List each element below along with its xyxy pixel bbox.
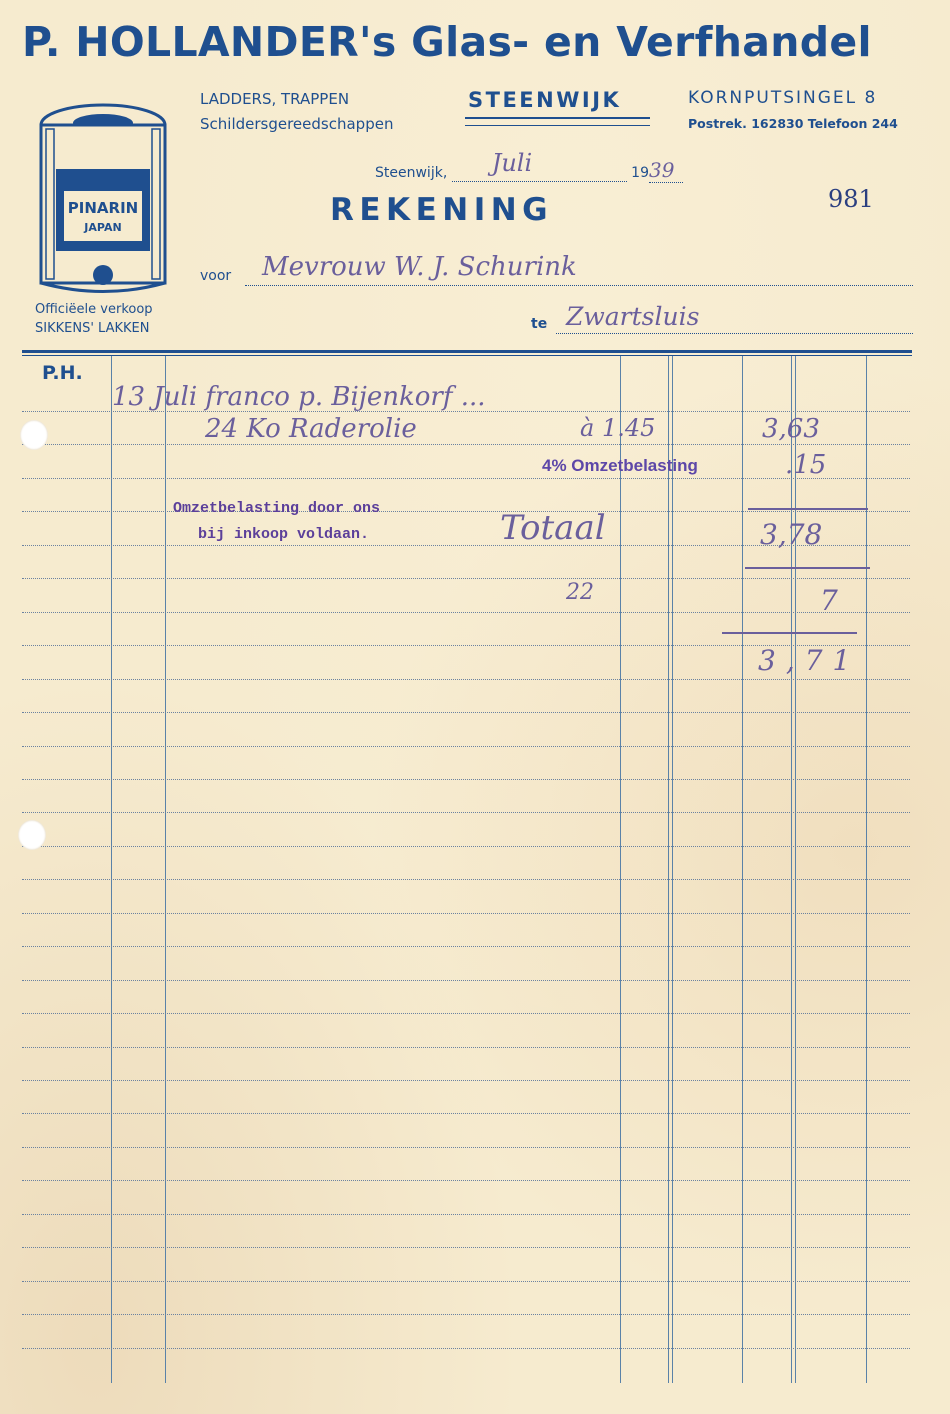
ledger-row-line	[22, 1348, 910, 1349]
ledger-row-line	[22, 1214, 910, 1215]
line-item-2-desc: 24 Ko Raderolie	[205, 414, 417, 444]
year-prefix: 19	[631, 165, 649, 181]
tax-amount: .15	[785, 450, 826, 480]
ledger-row-line	[22, 478, 910, 479]
punch-hole-bottom	[18, 820, 46, 850]
vat-paid-stamp-line1: Omzetbelasting door ons	[173, 500, 380, 517]
ledger-row-line	[22, 511, 910, 512]
recipient-field	[245, 285, 913, 286]
punch-hole-top	[20, 420, 48, 450]
column-line-rate-double-b	[672, 356, 673, 1383]
tagline-tools: Schildersgereedschappen	[200, 115, 393, 133]
dateline: Steenwijk, Juli 1939	[375, 158, 683, 183]
ledger-row-line	[22, 1180, 910, 1181]
discount-amount: 7	[820, 584, 838, 617]
ledger-row-line	[22, 1314, 910, 1315]
can-label-pinarin: PINARIN	[68, 199, 138, 217]
city-name: STEENWIJK	[468, 88, 621, 112]
header-rule-thin	[22, 355, 912, 356]
total-label: Totaal	[500, 508, 606, 548]
paint-can-icon: PINARIN JAPAN	[28, 95, 178, 295]
sum-line-2	[745, 567, 870, 569]
column-line-date	[111, 356, 112, 1383]
ledger-row-line	[22, 746, 910, 747]
line-item-2-amount: 3,63	[762, 414, 820, 444]
initials-label: P.H.	[42, 362, 83, 384]
vat-paid-stamp-line2: bij inkoop voldaan.	[198, 526, 369, 543]
contact-info: Postrek. 162830 Telefoon 244	[688, 116, 898, 131]
tagline-ladders: LADDERS, TRAPPEN	[200, 90, 349, 108]
ledger-row-line	[22, 1013, 910, 1014]
dateline-place: Steenwijk,	[375, 165, 447, 181]
tax-stamp: 4% Omzetbelasting	[542, 456, 698, 476]
column-line-amount-double-b	[795, 356, 796, 1383]
ledger-row-line	[22, 946, 910, 947]
ledger-row-line	[22, 812, 910, 813]
date-month: Juli	[492, 149, 532, 177]
line-item-2-rate: à 1.45	[580, 414, 655, 442]
ledger-row-line	[22, 1247, 910, 1248]
line-item-1: 13 Juli franco p. Bijenkorf ...	[112, 382, 486, 412]
column-line-cents	[742, 356, 743, 1383]
recipient-location: Zwartsluis	[566, 302, 699, 331]
ledger-row-line	[22, 578, 910, 579]
year-suffix: 39	[649, 158, 683, 183]
ledger-row-line	[22, 679, 910, 680]
ledger-row-line	[22, 1147, 910, 1148]
column-line-rate	[620, 356, 621, 1383]
ledger-row-line	[22, 712, 910, 713]
sikkens-caption: SIKKENS' LAKKEN	[35, 321, 149, 336]
total-amount: 3,78	[760, 518, 822, 551]
recipient-name: Mevrouw W. J. Schurink	[262, 252, 577, 282]
city-underline	[465, 117, 650, 119]
column-line-desc	[165, 356, 166, 1383]
ledger-row-line	[22, 846, 910, 847]
column-line-rate-double-a	[668, 356, 669, 1383]
official-sale-caption: Officiëele verkoop	[35, 302, 153, 317]
ledger-row-line	[22, 1080, 910, 1081]
city-underline-thin	[465, 125, 650, 126]
ledger-row-line	[22, 980, 910, 981]
company-name: P. HOLLANDER's Glas- en Verfhandel	[22, 18, 872, 66]
ledger-row-line	[22, 879, 910, 880]
sum-line-1	[748, 508, 868, 510]
can-label-japan: JAPAN	[83, 221, 121, 234]
header-rule-thick	[22, 350, 912, 353]
column-line-amount-double-a	[791, 356, 792, 1383]
net-amount: 3,71	[758, 644, 860, 677]
ledger-row-line	[22, 1047, 910, 1048]
ledger-row-line	[22, 444, 910, 445]
ledger-row-line	[22, 612, 910, 613]
discount-note: 22	[566, 580, 594, 605]
invoice-number: 981	[828, 185, 874, 213]
ledger-row-line	[22, 1281, 910, 1282]
document-heading: REKENING	[330, 192, 553, 228]
ledger-row-line	[22, 1113, 910, 1114]
te-label: te	[531, 316, 547, 332]
column-line-right	[866, 356, 867, 1383]
sum-line-3	[722, 632, 857, 634]
location-field	[556, 333, 913, 334]
ledger-row-line	[22, 913, 910, 914]
ledger-row-line	[22, 779, 910, 780]
voor-label: voor	[200, 268, 231, 284]
street-address: KORNPUTSINGEL 8	[688, 88, 877, 108]
